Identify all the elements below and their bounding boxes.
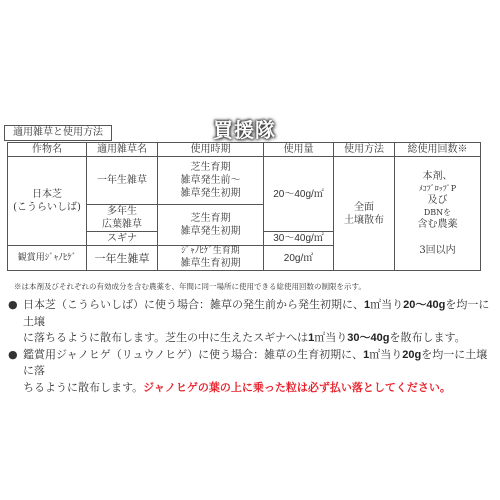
number: 20～40g bbox=[403, 299, 445, 311]
text: を散布します。 bbox=[389, 331, 465, 344]
total-uses-line: DBNを bbox=[395, 207, 480, 218]
method-line: 土壌散布 bbox=[334, 214, 394, 227]
total-uses-line: 本剤、 bbox=[395, 170, 480, 183]
watermark-logo: 買援隊 bbox=[213, 114, 276, 143]
list-item: ● 日本芝（こうらいしば）に使う場合：雑草の発生前から発生初期に、1㎡当り20～… bbox=[6, 297, 496, 347]
table-header-row: 作物名 適用雑草名 使用時期 使用量 使用方法 総使用回数※ bbox=[8, 143, 481, 157]
method-line: 全面 bbox=[334, 201, 394, 214]
list-item: ● 鑑賞用ジャノヒゲ（リュウノヒゲ）に使う場合：雑草の生育初期に、1㎡当り20g… bbox=[6, 347, 496, 397]
number: 30～40g bbox=[347, 332, 389, 344]
section-label: 適用雑草と使用方法 bbox=[4, 125, 112, 141]
text: 日本芝（こうらいしば）に使う場合：雑草の発生前から発生初期に、 bbox=[23, 298, 364, 311]
timing-line: 雑草発生初期 bbox=[158, 187, 263, 200]
total-uses-line: 含む農薬 bbox=[395, 218, 480, 231]
header-amount: 使用量 bbox=[264, 143, 334, 157]
timing-line: 雑草生育初期 bbox=[158, 257, 263, 270]
timing-cell: 芝生育期 雑草発生前～ 雑草発生初期 bbox=[158, 157, 264, 205]
weed-cell: 一年生雑草 bbox=[87, 157, 158, 205]
crop-cell-japanese-lawn: 日本芝 (こうらいしば) bbox=[8, 157, 87, 246]
crop-cell-mondo-grass: 観賞用ｼﾞｬﾉﾋｹﾞ bbox=[8, 246, 87, 271]
footnote: ※は本剤及びそれぞれの有効成分を含む農薬を、年間に同一場所に使用できる総使用回数… bbox=[14, 281, 366, 292]
text: に落ちるように散布します。芝生の中に生えたスギナへは bbox=[23, 331, 308, 344]
amount-cell: 30～40g/㎡ bbox=[264, 232, 334, 246]
total-uses-line: 及び bbox=[395, 194, 480, 207]
weed-cell: スギナ bbox=[87, 232, 158, 246]
method-cell: 全面 土壌散布 bbox=[334, 157, 395, 271]
table-row: 日本芝 (こうらいしば) 一年生雑草 芝生育期 雑草発生前～ 雑草発生初期 20… bbox=[8, 157, 481, 205]
instructions-list: ● 日本芝（こうらいしば）に使う場合：雑草の発生前から発生初期に、1㎡当り20～… bbox=[6, 297, 496, 396]
timing-line: 芝生育期 bbox=[158, 212, 263, 225]
weed-line: 多年生 bbox=[87, 205, 157, 218]
weed-cell: 一年生雑草 bbox=[87, 246, 158, 271]
text: ㎡当り bbox=[370, 298, 403, 311]
total-uses-cell: 本剤、 ﾒｺﾌﾞﾛｯﾌﾟP 及び DBNを 含む農薬 3回以内 bbox=[395, 157, 481, 271]
header-total-uses: 総使用回数※ bbox=[395, 143, 481, 157]
header-crop: 作物名 bbox=[8, 143, 87, 157]
total-uses-limit: 3回以内 bbox=[395, 244, 480, 257]
text: ちるように散布します。 bbox=[23, 381, 143, 394]
header-weed: 適用雑草名 bbox=[87, 143, 158, 157]
header-method: 使用方法 bbox=[334, 143, 395, 157]
amount-cell: 20～40g/㎡ bbox=[264, 157, 334, 232]
timing-line: 芝生育期 bbox=[158, 161, 263, 174]
number: 20g bbox=[402, 349, 421, 361]
bullet-icon: ● bbox=[8, 297, 18, 314]
amount-cell: 20g/㎡ bbox=[264, 246, 334, 271]
crop-name-sub: (こうらいしば) bbox=[8, 201, 86, 214]
header-timing: 使用時期 bbox=[158, 143, 264, 157]
text: 鑑賞用ジャノヒゲ（リュウノヒゲ）に使う場合：雑草の生育初期に、 bbox=[23, 348, 363, 361]
timing-line: 雑草発生初期 bbox=[158, 225, 263, 238]
text: ㎡当り bbox=[369, 348, 402, 361]
timing-cell: 芝生育期 雑草発生初期 bbox=[158, 205, 264, 246]
bullet-icon: ● bbox=[8, 347, 18, 364]
total-uses-line: ﾒｺﾌﾞﾛｯﾌﾟP bbox=[395, 183, 480, 194]
text: ㎡当り bbox=[314, 331, 347, 344]
warning-text: ジャノヒゲの葉の上に乗った粒は必ず払い落としてください。 bbox=[143, 381, 451, 394]
crop-name: 日本芝 bbox=[8, 188, 86, 201]
weed-cell: 多年生 広葉雑草 bbox=[87, 205, 158, 232]
timing-cell: ｼﾞｬﾉﾋｹﾞ生育期 雑草生育初期 bbox=[158, 246, 264, 271]
timing-line: ｼﾞｬﾉﾋｹﾞ生育期 bbox=[158, 246, 263, 257]
usage-table: 作物名 適用雑草名 使用時期 使用量 使用方法 総使用回数※ 日本芝 (こうらい… bbox=[7, 142, 481, 271]
weed-line: 広葉雑草 bbox=[87, 218, 157, 231]
timing-line: 雑草発生前～ bbox=[158, 174, 263, 187]
